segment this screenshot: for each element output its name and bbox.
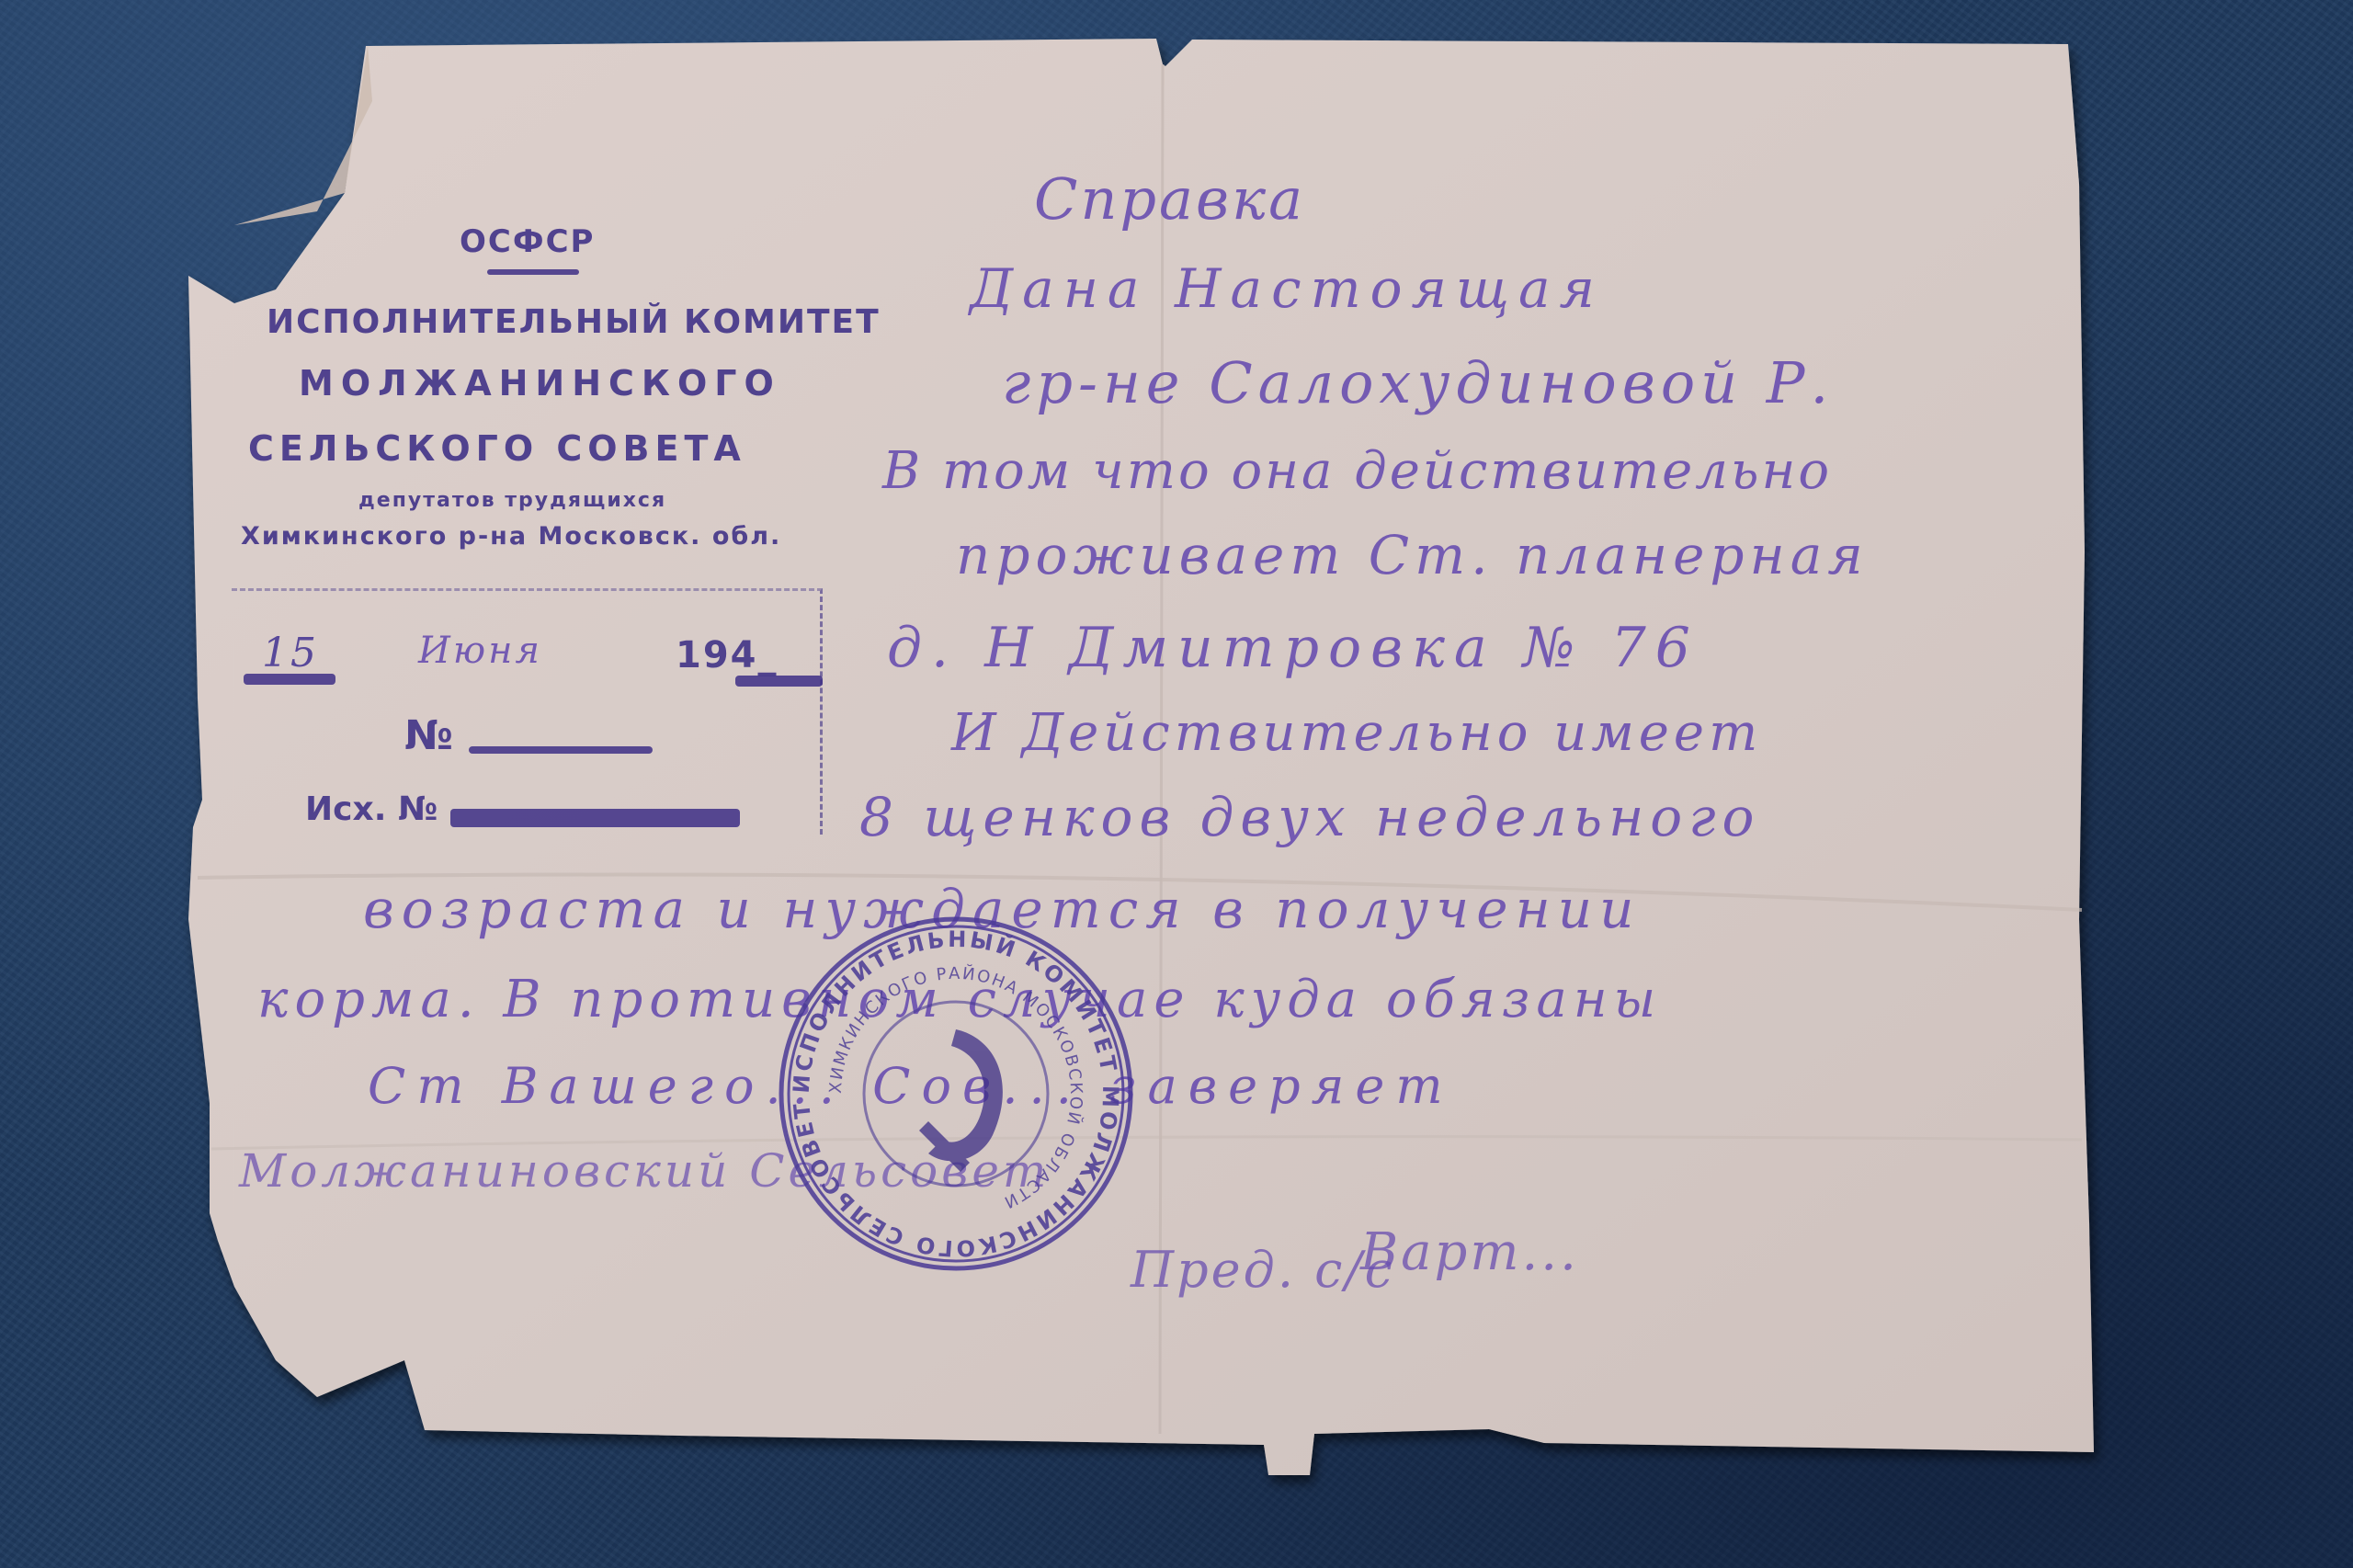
stamp-committee: ИСПОЛНИТЕЛЬНЫЙ КОМИТЕТ (267, 303, 881, 341)
stamp-deputies: депутатов трудящихся (358, 489, 666, 512)
round-seal: ИСПОЛНИТЕЛЬНЫЙ КОМИТЕТ МОЛЖАНИНСКОГО СЕЛ… (772, 910, 1140, 1278)
stamp-council: СЕЛЬСКОГО СОВЕТА (248, 428, 746, 469)
line-4: проживает Ст. планерная (956, 524, 1869, 586)
stamp-frame (232, 588, 823, 835)
line-5: д. Н Дмитровка № 76 (887, 616, 1699, 680)
signature: Варт... (1360, 1222, 1579, 1282)
line-1: Дана Настоящая (970, 257, 1604, 320)
signature-label: Пред. с/с (1131, 1241, 1395, 1299)
stamp-republic: ОСФСР (460, 223, 595, 260)
stamp-rule (487, 269, 579, 275)
line-6: И Действительно имеет (951, 703, 1762, 763)
line-7: 8 щенков двух недельного (859, 786, 1760, 848)
seal-emblem-icon (919, 1029, 1003, 1172)
stamp-village: МОЛЖАНИНСКОГО (299, 363, 781, 403)
stamp-district: Химкинского р-на Московск. обл. (241, 522, 781, 551)
doc-title: Справка (1034, 165, 1305, 233)
line-2: гр-не Салохудиновой Р. (1002, 349, 1834, 416)
line-3: В том что она действительно (882, 441, 1832, 501)
